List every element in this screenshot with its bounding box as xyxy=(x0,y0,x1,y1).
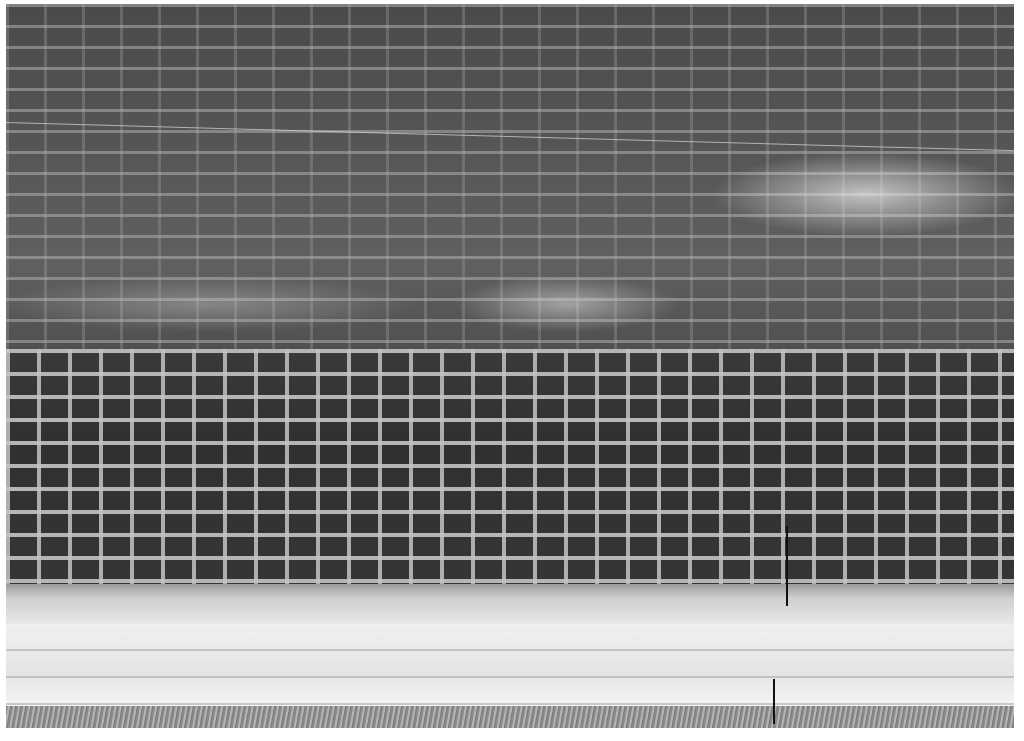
film-scratch xyxy=(786,526,788,606)
weathered-brickwork-upper xyxy=(6,4,1014,349)
brickwork-lower-courses xyxy=(6,349,1014,584)
brick-wall-photo: Black-and-white photograph of an old wea… xyxy=(6,4,1014,728)
pavement xyxy=(6,624,1014,706)
film-scratch xyxy=(773,679,775,724)
wall-plinth xyxy=(6,584,1014,624)
grass-strip xyxy=(6,706,1014,728)
